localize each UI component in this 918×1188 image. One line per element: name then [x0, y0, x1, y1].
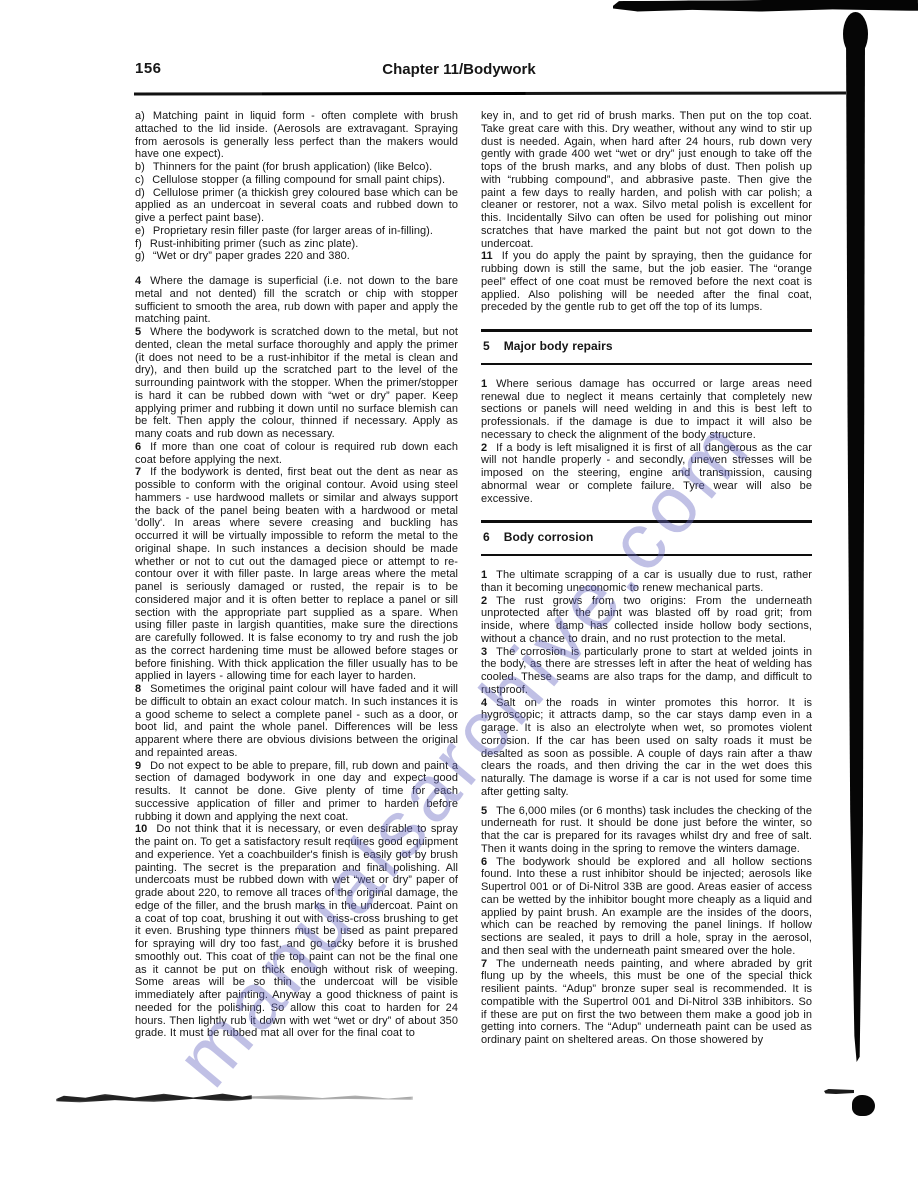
paragraph-number: 4 [481, 697, 496, 709]
scan-dash-bottom-right-artifact [824, 1089, 854, 1094]
paragraph-11: 11If you do apply the paint by spraying,… [481, 250, 812, 314]
paragraph-text: Where the damage is superficial (i.e. no… [135, 275, 458, 325]
paragraph-number: 1 [481, 378, 496, 390]
scan-smudge-bottom-left-artifact [56, 1092, 252, 1103]
paragraph-number: 2 [481, 595, 496, 607]
list-item-label: c) [135, 174, 152, 186]
paragraph-text: If a body is left misaligned it is first… [481, 442, 812, 505]
paragraph-text: If more than one coat of colour is requi… [135, 441, 458, 466]
paragraph-text: The corrosion is particularly prone to s… [481, 646, 812, 696]
list-item-label: d) [135, 187, 153, 199]
paragraph-number: 11 [481, 250, 502, 262]
paragraph-text: key in, and to get rid of brush marks. T… [481, 110, 812, 250]
paragraph-10: 10Do not think that it is necessary, or … [135, 823, 458, 1040]
list-item-label: e) [135, 225, 153, 237]
list-item: a)Matching paint in liquid form - often … [135, 110, 458, 161]
list-item: b)Thinners for the paint (for brush appl… [135, 161, 458, 174]
paragraph-text: Do not think that it is necessary, or ev… [135, 823, 458, 1039]
section-number: 6 [483, 530, 504, 544]
paragraph-text: The rust grows from two origins: From th… [481, 595, 812, 645]
paragraph-number: 6 [135, 441, 150, 453]
section6-paragraph-3: 3The corrosion is particularly prone to … [481, 646, 812, 697]
list-item-text: Proprietary resin filler paste (for larg… [153, 225, 433, 237]
section-heading-major-body-repairs: 5Major body repairs [481, 329, 812, 365]
scanned-manual-page: 156 Chapter 11/Bodywork a)Matching paint… [0, 0, 918, 1188]
section-title: Body corrosion [504, 530, 594, 544]
section-title: Major body repairs [504, 339, 613, 353]
section6-paragraph-4: 4Salt on the roads in winter promotes th… [481, 697, 812, 799]
list-item-text: Rust-inhibiting primer (such as zinc pla… [150, 238, 359, 250]
paragraph-text: Where the bodywork is scratched down to … [135, 326, 458, 440]
paragraph-number: 6 [481, 856, 496, 868]
paragraph-5: 5Where the bodywork is scratched down to… [135, 326, 458, 441]
list-item-text: “Wet or dry” paper grades 220 and 380. [153, 250, 350, 262]
section6-paragraph-2: 2The rust grows from two origins: From t… [481, 595, 812, 646]
list-item-text: Matching paint in liquid form - often co… [135, 110, 458, 160]
chapter-title: Chapter 11/Bodywork [0, 61, 918, 78]
section6-paragraph-7: 7The underneath needs painting, and wher… [481, 958, 812, 1047]
list-item: g)“Wet or dry” paper grades 220 and 380. [135, 250, 458, 263]
paragraph-number: 5 [135, 326, 150, 338]
paragraph-text: The 6,000 miles (or 6 months) task inclu… [481, 805, 812, 855]
paragraph-text: Salt on the roads in winter promotes thi… [481, 697, 812, 798]
paragraph-number: 3 [481, 646, 496, 658]
section5-paragraph-2: 2If a body is left misaligned it is firs… [481, 442, 812, 506]
paragraph-number: 2 [481, 442, 496, 454]
paragraph-7: 7If the bodywork is dented, first beat o… [135, 466, 458, 683]
section-heading-body-corrosion: 6Body corrosion [481, 520, 812, 556]
paragraph-number: 7 [481, 958, 496, 970]
paragraph-number: 10 [135, 823, 156, 835]
paragraph-text: The ultimate scrapping of a car is usual… [481, 569, 812, 594]
paragraph-number: 9 [135, 760, 150, 772]
paragraph-text: The underneath needs painting, and where… [481, 958, 812, 1047]
paragraph-number: 8 [135, 683, 150, 695]
section6-paragraph-5: 5The 6,000 miles (or 6 months) task incl… [481, 805, 812, 856]
scan-edge-right-artifact [846, 16, 865, 1062]
list-item: c)Cellulose stopper (a filling compound … [135, 174, 458, 187]
paragraph-text: If you do apply the paint by spraying, t… [481, 250, 812, 313]
paragraph-4: 4Where the damage is superficial (i.e. n… [135, 275, 458, 326]
scan-edge-top-artifact [613, 0, 918, 13]
paragraph-number: 7 [135, 466, 150, 478]
header-rule [134, 92, 846, 96]
section6-paragraph-6: 6The bodywork should be explored and all… [481, 856, 812, 958]
list-item: e)Proprietary resin filler paste (for la… [135, 225, 458, 238]
paragraph-number: 5 [481, 805, 496, 817]
paragraph-text: The bodywork should be explored and all … [481, 856, 812, 957]
list-item: d)Cellulose primer (a thickish grey colo… [135, 187, 458, 225]
list-item-text: Cellulose primer (a thickish grey colour… [135, 187, 458, 225]
scan-smudge-bottom-left-tail-artifact [248, 1095, 413, 1100]
paragraph-8: 8Sometimes the original paint colour wil… [135, 683, 458, 760]
paragraph-6: 6If more than one coat of colour is requ… [135, 441, 458, 467]
scan-blob-bottom-right-artifact [852, 1095, 875, 1116]
section6-paragraph-1: 1The ultimate scrapping of a car is usua… [481, 569, 812, 595]
left-column: a)Matching paint in liquid form - often … [135, 110, 458, 1040]
paragraph-text: Do not expect to be able to prepare, fil… [135, 760, 458, 823]
section5-paragraph-1: 1Where serious damage has occurred or la… [481, 378, 812, 442]
paragraph-continuation: key in, and to get rid of brush marks. T… [481, 110, 812, 250]
list-item-label: f) [135, 238, 150, 250]
list-item-text: Thinners for the paint (for brush applic… [153, 161, 432, 173]
list-item-label: g) [135, 250, 153, 262]
list-item-label: b) [135, 161, 153, 173]
paragraph-number: 4 [135, 275, 150, 287]
paragraph-text: Sometimes the original paint colour will… [135, 683, 458, 759]
section-number: 5 [483, 339, 504, 353]
paragraph-9: 9Do not expect to be able to prepare, fi… [135, 760, 458, 824]
list-item: f)Rust-inhibiting primer (such as zinc p… [135, 238, 458, 251]
paragraph-number: 1 [481, 569, 496, 581]
paragraph-text: Where serious damage has occurred or lar… [481, 378, 812, 441]
right-column: key in, and to get rid of brush marks. T… [481, 110, 812, 1047]
list-item-label: a) [135, 110, 153, 122]
paragraph-text: If the bodywork is dented, first beat ou… [135, 466, 458, 682]
list-item-text: Cellulose stopper (a filling compound fo… [152, 174, 445, 186]
